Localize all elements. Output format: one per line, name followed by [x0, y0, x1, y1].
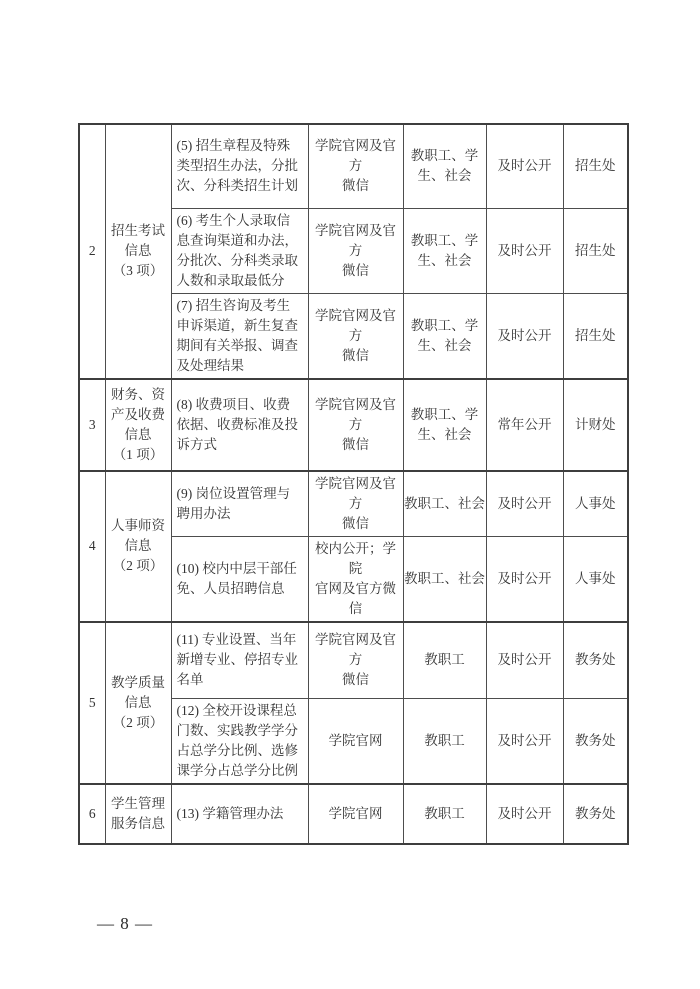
cell-timing: 及时公开	[486, 293, 563, 379]
table-row: 3 财务、资 产及收费 信息 （1 项） (8) 收费项目、收费 依据、收费标准…	[79, 379, 628, 471]
cell-platform: 学院官网及官方 微信	[308, 208, 403, 293]
cell-item: (9) 岗位设置管理与 聘用办法	[171, 471, 308, 537]
cell-audience: 教职工、学 生、社会	[403, 208, 486, 293]
cell-platform: 校内公开；学院 官网及官方微信	[308, 536, 403, 622]
cell-audience: 教职工	[403, 622, 486, 699]
cell-item: (12) 全校开设课程总 门数、实践教学学分 占总学分比例、选修 课学分占总学分…	[171, 699, 308, 785]
document-page: 2 招生考试 信息 （3 项） (5) 招生章程及特殊 类型招生办法，分批 次、…	[0, 0, 700, 989]
cell-platform: 学院官网及官方 微信	[308, 124, 403, 208]
cell-department: 教务处	[563, 784, 628, 844]
table-row: 4 人事师资 信息 （2 项） (9) 岗位设置管理与 聘用办法 学院官网及官方…	[79, 471, 628, 537]
cell-platform: 学院官网	[308, 784, 403, 844]
cell-timing: 及时公开	[486, 536, 563, 622]
cell-department: 人事处	[563, 471, 628, 537]
cell-platform: 学院官网及官方 微信	[308, 622, 403, 699]
page-number: — 8 —	[90, 914, 160, 934]
cell-category: 财务、资 产及收费 信息 （1 项）	[105, 379, 171, 471]
cell-item: (13) 学籍管理办法	[171, 784, 308, 844]
cell-department: 招生处	[563, 208, 628, 293]
cell-serial: 3	[79, 379, 105, 471]
cell-timing: 及时公开	[486, 784, 563, 844]
cell-audience: 教职工、学 生、社会	[403, 293, 486, 379]
cell-category: 人事师资 信息 （2 项）	[105, 471, 171, 622]
cell-platform: 学院官网及官方 微信	[308, 293, 403, 379]
cell-serial: 5	[79, 622, 105, 785]
cell-audience: 教职工、学 生、社会	[403, 379, 486, 471]
cell-serial: 6	[79, 784, 105, 844]
cell-timing: 及时公开	[486, 699, 563, 785]
cell-department: 招生处	[563, 124, 628, 208]
cell-serial: 4	[79, 471, 105, 622]
cell-department: 教务处	[563, 622, 628, 699]
cell-timing: 及时公开	[486, 124, 563, 208]
cell-item: (10) 校内中层干部任 免、人员招聘信息	[171, 536, 308, 622]
cell-category: 学生管理 服务信息	[105, 784, 171, 844]
table-row: 6 学生管理 服务信息 (13) 学籍管理办法 学院官网 教职工 及时公开 教务…	[79, 784, 628, 844]
cell-audience: 教职工、学 生、社会	[403, 124, 486, 208]
table-row: 5 教学质量 信息 （2 项） (11) 专业设置、当年 新增专业、停招专业 名…	[79, 622, 628, 699]
cell-audience: 教职工	[403, 784, 486, 844]
cell-item: (5) 招生章程及特殊 类型招生办法，分批 次、分科类招生计划	[171, 124, 308, 208]
cell-department: 人事处	[563, 536, 628, 622]
cell-item: (11) 专业设置、当年 新增专业、停招专业 名单	[171, 622, 308, 699]
cell-department: 招生处	[563, 293, 628, 379]
cell-department: 教务处	[563, 699, 628, 785]
cell-timing: 及时公开	[486, 208, 563, 293]
cell-platform: 学院官网及官方 微信	[308, 379, 403, 471]
cell-category: 招生考试 信息 （3 项）	[105, 124, 171, 379]
cell-serial: 2	[79, 124, 105, 379]
cell-category: 教学质量 信息 （2 项）	[105, 622, 171, 785]
cell-timing: 及时公开	[486, 471, 563, 537]
cell-department: 计财处	[563, 379, 628, 471]
cell-item: (8) 收费项目、收费 依据、收费标准及投 诉方式	[171, 379, 308, 471]
cell-item: (6) 考生个人录取信 息查询渠道和办法， 分批次、分科类录取 人数和录取最低分	[171, 208, 308, 293]
cell-platform: 学院官网及官方 微信	[308, 471, 403, 537]
cell-item: (7) 招生咨询及考生 申诉渠道，新生复查 期间有关举报、调查 及处理结果	[171, 293, 308, 379]
cell-audience: 教职工、社会	[403, 536, 486, 622]
cell-platform: 学院官网	[308, 699, 403, 785]
cell-audience: 教职工、社会	[403, 471, 486, 537]
info-disclosure-table: 2 招生考试 信息 （3 项） (5) 招生章程及特殊 类型招生办法，分批 次、…	[78, 123, 629, 845]
cell-audience: 教职工	[403, 699, 486, 785]
cell-timing: 常年公开	[486, 379, 563, 471]
cell-timing: 及时公开	[486, 622, 563, 699]
table-row: 2 招生考试 信息 （3 项） (5) 招生章程及特殊 类型招生办法，分批 次、…	[79, 124, 628, 208]
